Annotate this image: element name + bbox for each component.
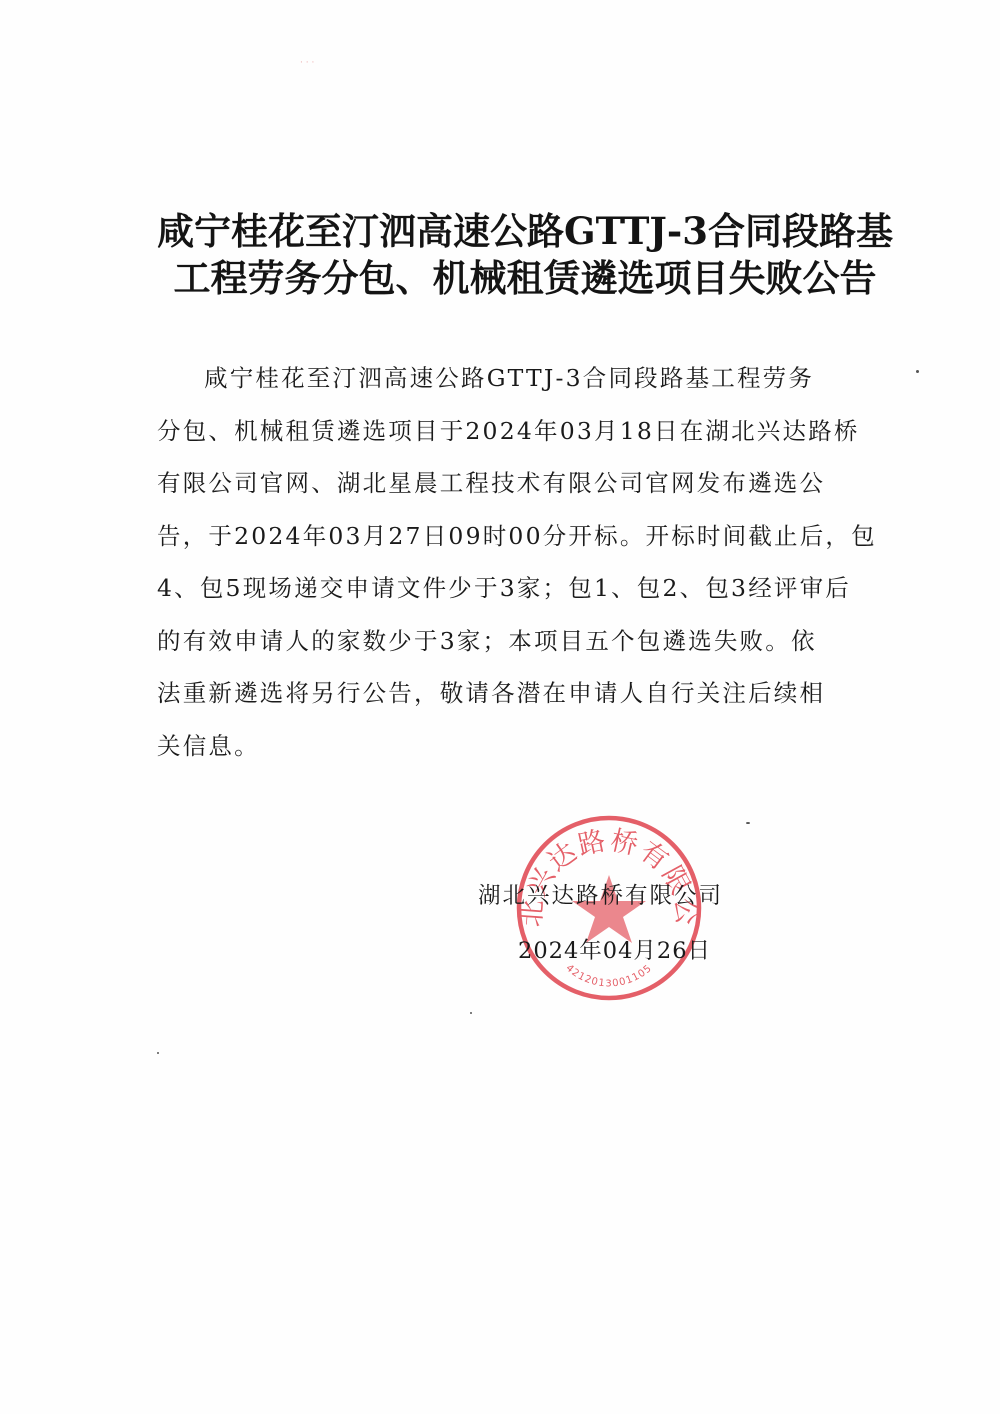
document-body: 咸宁桂花至汀泗高速公路GTTJ-3合同段路基工程劳务 分包、机械租赁遴选项目于2… <box>157 352 857 772</box>
title-line-1: 咸宁桂花至汀泗高速公路GTTJ-3合同段路基 <box>150 208 900 255</box>
body-line: 咸宁桂花至汀泗高速公路GTTJ-3合同段路基工程劳务 <box>157 352 857 405</box>
svg-text:4212013001105: 4212013001105 <box>564 963 655 990</box>
body-line: 法重新遴选将另行公告，敬请各潜在申请人自行关注后续相 <box>157 667 857 720</box>
document-page: · · · 咸宁桂花至汀泗高速公路GTTJ-3合同段路基 工程劳务分包、机械租赁… <box>0 0 1000 1414</box>
body-line: 告，于2024年03月27日09时00分开标。开标时间截止后，包 <box>157 510 857 563</box>
scan-speck <box>916 370 919 373</box>
document-title: 咸宁桂花至汀泗高速公路GTTJ-3合同段路基 工程劳务分包、机械租赁遴选项目失败… <box>150 208 900 302</box>
body-line: 关信息。 <box>157 720 857 773</box>
body-line: 分包、机械租赁遴选项目于2024年03月18日在湖北兴达路桥 <box>157 405 857 458</box>
scan-artifact: · · · <box>300 58 314 68</box>
body-line: 4、包5现场递交申请文件少于3家；包1、包2、包3经评审后 <box>157 562 857 615</box>
scan-speck <box>157 1052 159 1054</box>
signature-date: 2024年04月26日 <box>518 933 711 965</box>
scan-speck <box>746 822 750 824</box>
seal-serial: 4212013001105 <box>564 963 655 990</box>
title-line-2: 工程劳务分包、机械租赁遴选项目失败公告 <box>150 255 900 302</box>
body-line: 有限公司官网、湖北星晨工程技术有限公司官网发布遴选公 <box>157 457 857 510</box>
scan-speck <box>470 1012 472 1014</box>
signature-company: 湖北兴达路桥有限公司 <box>478 878 723 910</box>
body-line: 的有效申请人的家数少于3家；本项目五个包遴选失败。依 <box>157 615 857 668</box>
